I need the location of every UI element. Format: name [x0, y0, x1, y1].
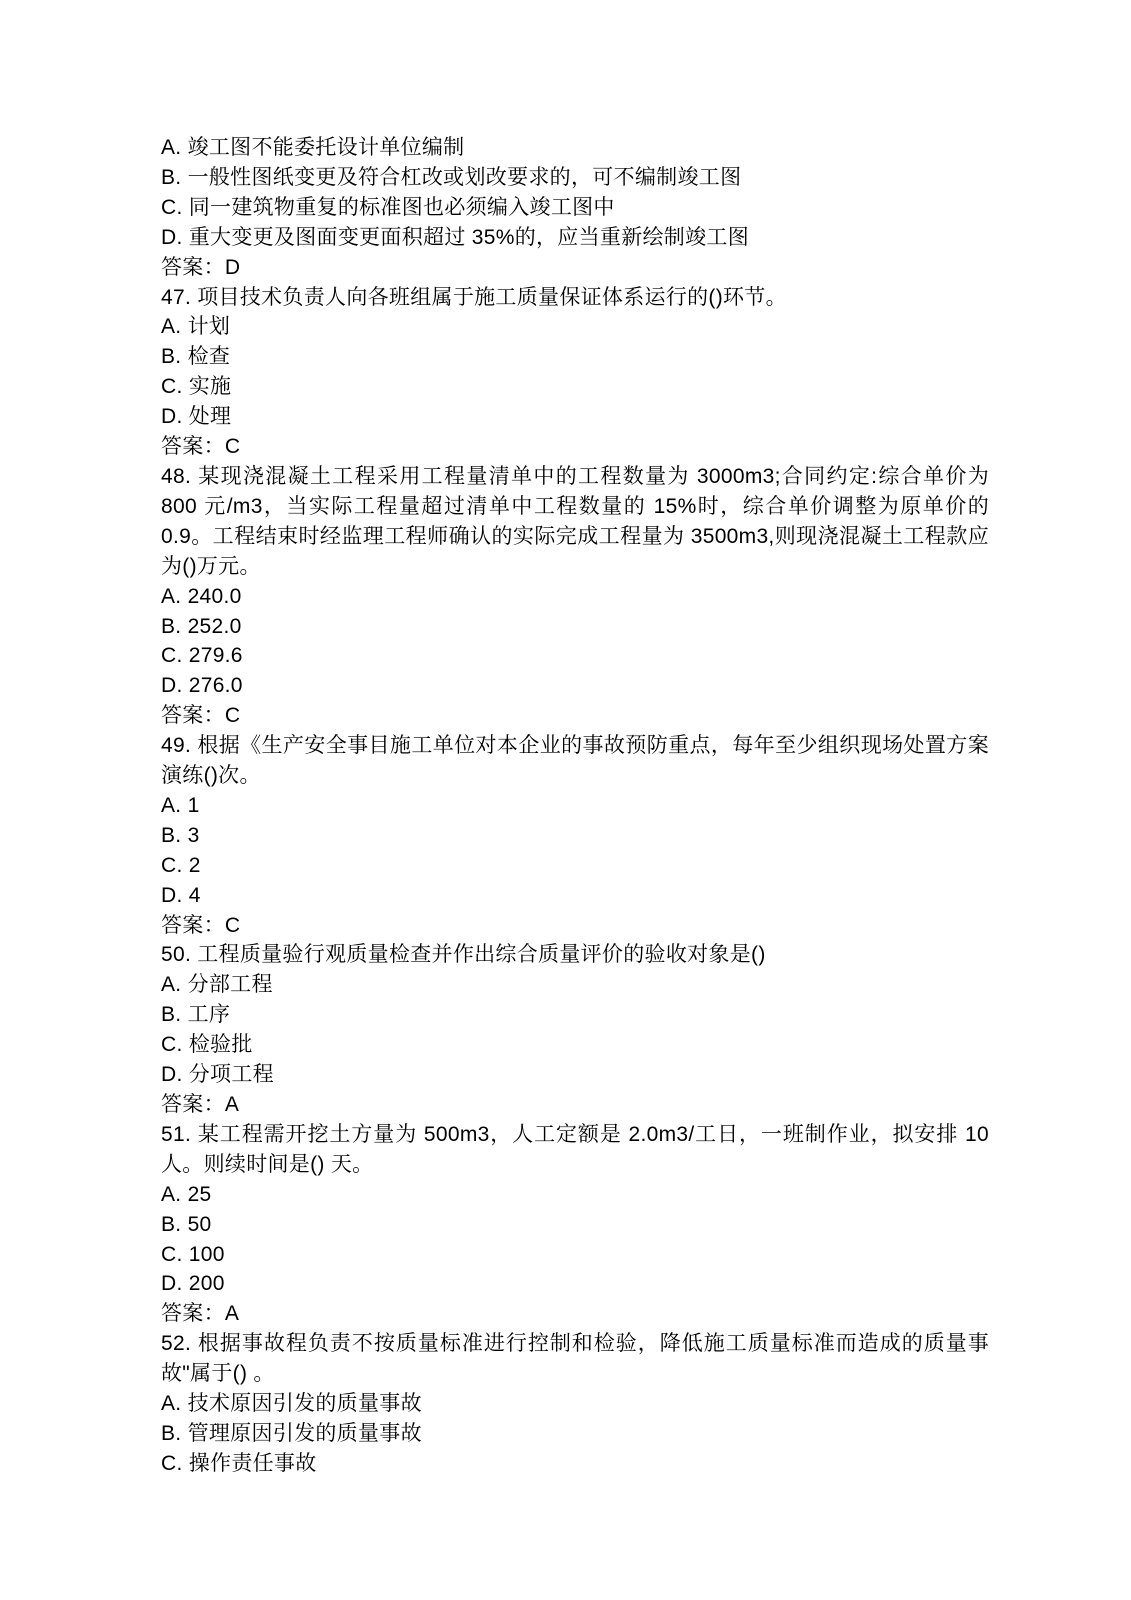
- question-51-option-d: D. 200: [161, 1269, 989, 1299]
- question-52-option-c: C. 操作责任事故: [161, 1449, 989, 1479]
- question-47-option-d: D. 处理: [161, 402, 989, 432]
- question-50-option-d: D. 分项工程: [161, 1060, 989, 1090]
- question-47-option-b: B. 检查: [161, 342, 989, 372]
- question-48-stem: 48. 某现浇混凝土工程采用工程量清单中的工程数量为 3000m3;合同约定:综…: [161, 462, 989, 582]
- question-51-option-c: C. 100: [161, 1240, 989, 1270]
- question-46-option-a: A. 竣工图不能委托设计单位编制: [161, 133, 989, 163]
- question-51-option-b: B. 50: [161, 1210, 989, 1240]
- question-47-option-c: C. 实施: [161, 372, 989, 402]
- question-48-option-c: C. 279.6: [161, 641, 989, 671]
- question-49-option-d: D. 4: [161, 881, 989, 911]
- question-46-option-c: C. 同一建筑物重复的标准图也必须编入竣工图中: [161, 193, 989, 223]
- question-52-option-a: A. 技术原因引发的质量事故: [161, 1389, 989, 1419]
- question-49-answer: 答案：C: [161, 911, 989, 941]
- question-46-option-b: B. 一般性图纸变更及符合杠改或划改要求的，可不编制竣工图: [161, 163, 989, 193]
- document-page: A. 竣工图不能委托设计单位编制B. 一般性图纸变更及符合杠改或划改要求的，可不…: [0, 0, 1131, 1600]
- question-50-stem: 50. 工程质量验行观质量检查并作出综合质量评价的验收对象是(): [161, 940, 989, 970]
- question-49-option-b: B. 3: [161, 821, 989, 851]
- question-46-option-d: D. 重大变更及图面变更面积超过 35%的，应当重新绘制竣工图: [161, 223, 989, 253]
- exam-question-list: A. 竣工图不能委托设计单位编制B. 一般性图纸变更及符合杠改或划改要求的，可不…: [161, 133, 989, 1479]
- question-50-option-b: B. 工序: [161, 1000, 989, 1030]
- question-47-answer: 答案：C: [161, 432, 989, 462]
- question-50-option-c: C. 检验批: [161, 1030, 989, 1060]
- question-50-option-a: A. 分部工程: [161, 970, 989, 1000]
- question-47-stem: 47. 项目技术负责人向各班组属于施工质量保证体系运行的()环节。: [161, 283, 989, 313]
- question-52-option-b: B. 管理原因引发的质量事故: [161, 1419, 989, 1449]
- question-52-stem: 52. 根据事故程负责不按质量标准进行控制和检验，降低施工质量标准而造成的质量事…: [161, 1329, 989, 1389]
- question-48-answer: 答案：C: [161, 701, 989, 731]
- question-48-option-d: D. 276.0: [161, 671, 989, 701]
- question-49-stem: 49. 根据《生产安全事目施工单位对本企业的事故预防重点，每年至少组织现场处置方…: [161, 731, 989, 791]
- question-51-stem: 51. 某工程需开挖土方量为 500m3，人工定额是 2.0m3/工日，一班制作…: [161, 1120, 989, 1180]
- question-47-option-a: A. 计划: [161, 312, 989, 342]
- question-49-option-a: A. 1: [161, 791, 989, 821]
- question-46-answer: 答案：D: [161, 253, 989, 283]
- question-51-option-a: A. 25: [161, 1180, 989, 1210]
- question-48-option-b: B. 252.0: [161, 612, 989, 642]
- question-51-answer: 答案：A: [161, 1299, 989, 1329]
- question-49-option-c: C. 2: [161, 851, 989, 881]
- question-50-answer: 答案：A: [161, 1090, 989, 1120]
- question-48-option-a: A. 240.0: [161, 582, 989, 612]
